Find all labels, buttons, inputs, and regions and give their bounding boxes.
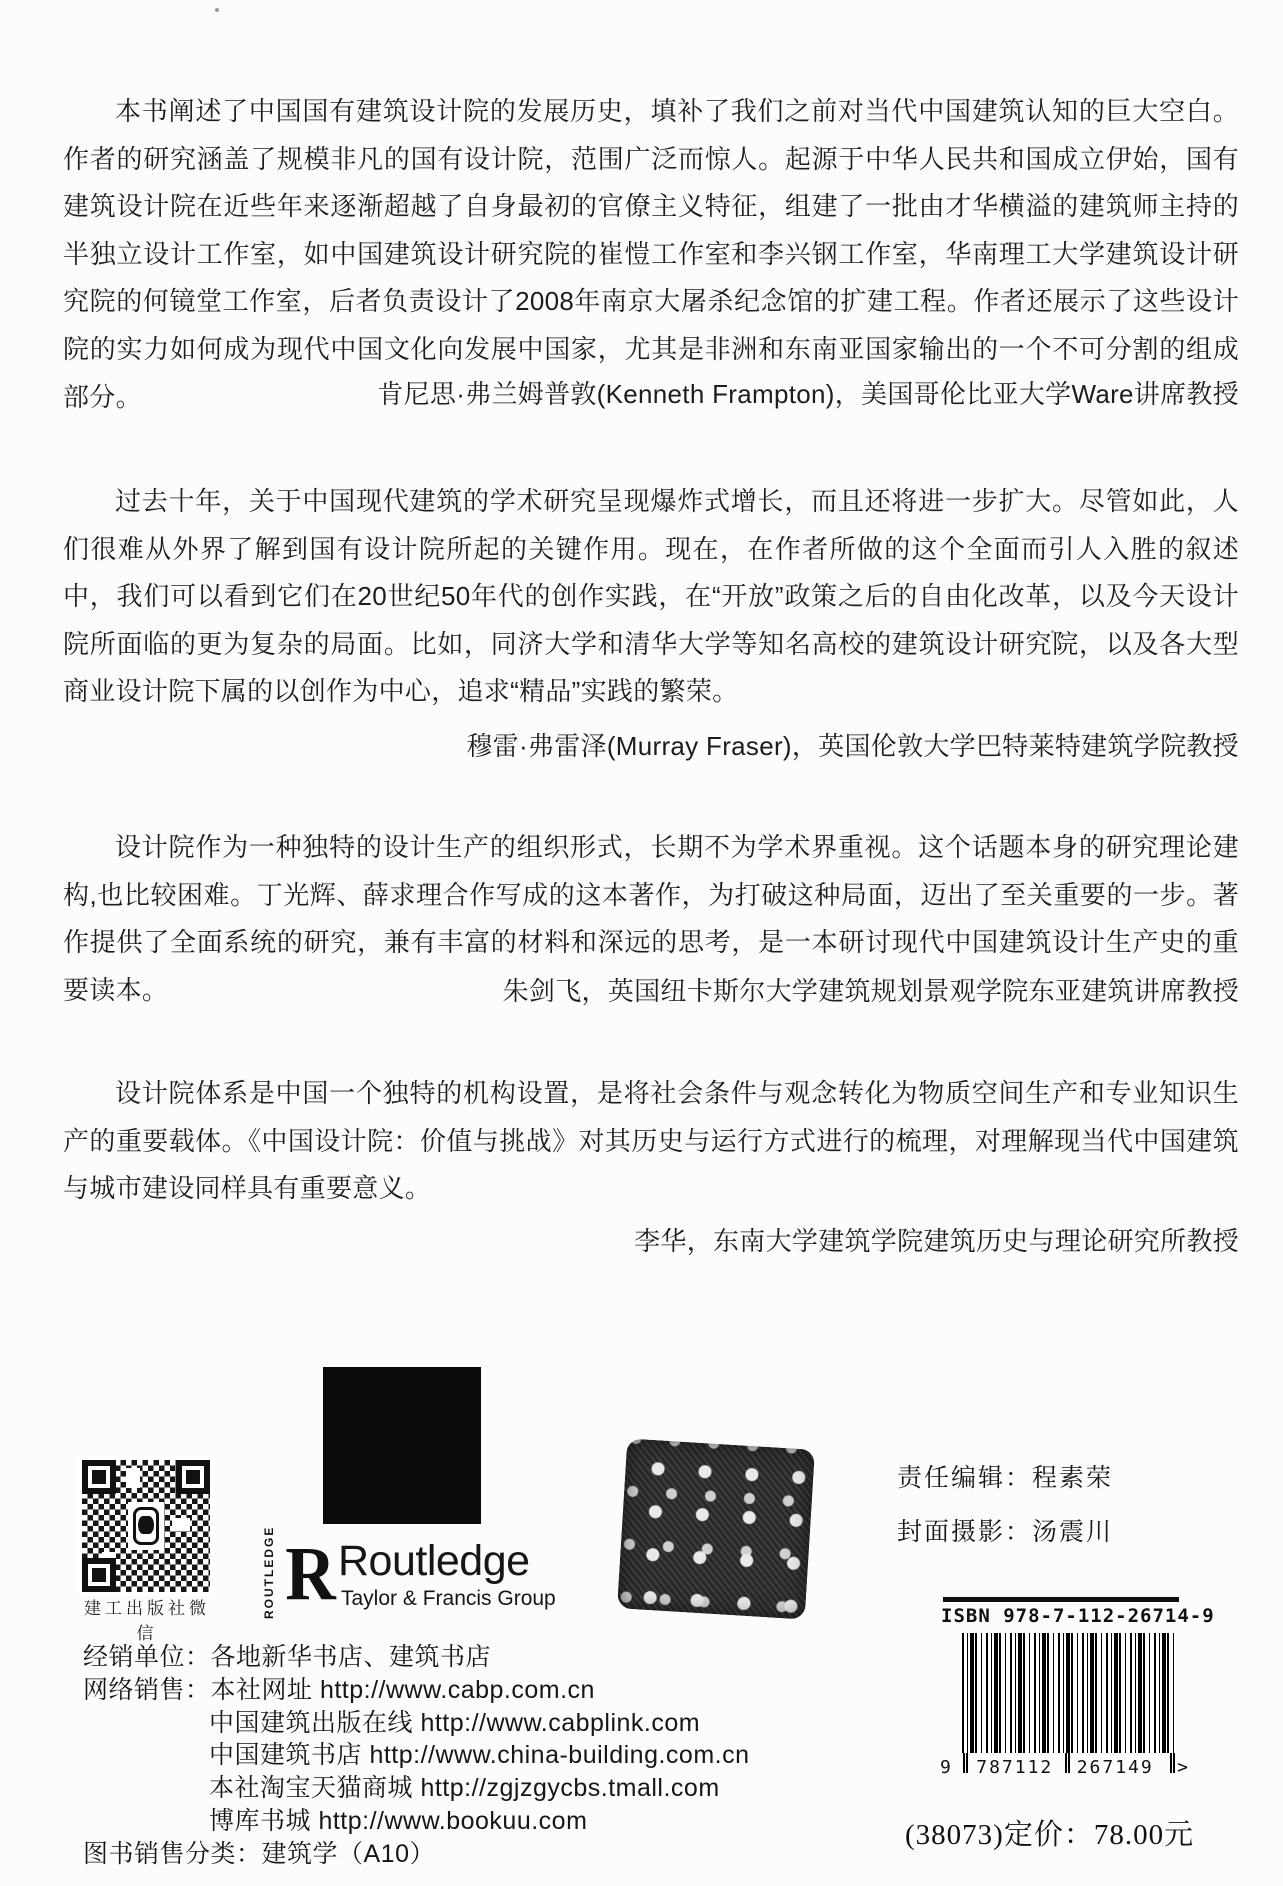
qr-finder-icon <box>176 1460 210 1494</box>
sales-line-online: 网络销售：本社网址 http://www.cabp.com.cn <box>83 1674 703 1707</box>
sales-info: 经销单位：各地新华书店、建筑书店 网络销售：本社网址 http://www.ca… <box>83 1641 703 1871</box>
sales-line-tmall: 本社淘宝天猫商城 http://zgjzgycbs.tmall.com <box>83 1772 703 1805</box>
routledge-name: Routledge <box>338 1538 530 1584</box>
credit-photographer: 封面摄影：汤震川 <box>897 1512 1217 1548</box>
blurb-attribution: 肯尼思·弗兰姆普敦(Kenneth Frampton)，美国哥伦比亚大学Ware… <box>63 374 1239 414</box>
qr-pattern <box>126 1468 140 1488</box>
routledge-tagline: Taylor & Francis Group <box>341 1587 556 1611</box>
routledge-r-icon: R <box>285 1536 335 1612</box>
isbn-rule <box>943 1597 1179 1602</box>
qr-finder-icon <box>82 1558 116 1592</box>
book-back-cover: 本书阐述了中国国有建筑设计院的发展历史，填补了我们之前对当代中国建筑认知的巨大空… <box>0 0 1283 1886</box>
price-text: (38073)定价：78.00元 <box>905 1812 1215 1853</box>
publisher-emblem-icon <box>133 1507 159 1545</box>
qr-finder-icon <box>82 1460 116 1494</box>
sales-line-cabplink: 中国建筑出版在线 http://www.cabplink.com <box>83 1707 703 1740</box>
ean-barcode <box>962 1633 1176 1753</box>
scan-speck <box>1051 630 1054 633</box>
blurb-paragraph: 设计院体系是中国一个独特的机构设置，是将社会条件与观念转化为物质空间生产和专业知… <box>63 1070 1239 1213</box>
publisher-logo-icon <box>128 1502 164 1550</box>
barcode-digit-group: 9 <box>940 1757 953 1778</box>
blurb-attribution: 穆雷·弗雷泽(Murray Fraser)，英国伦敦大学巴特莱特建筑学院教授 <box>63 726 1239 766</box>
blurb-paragraph: 过去十年，关于中国现代建筑的学术研究呈现爆炸式增长，而且还将进一步扩大。尽管如此… <box>63 478 1239 716</box>
barcode-digit-group: 787112 <box>976 1757 1053 1778</box>
blurb-attribution: 朱剑飞，英国纽卡斯尔大学建筑规划景观学院东亚建筑讲席教授 <box>63 971 1239 1011</box>
sales-line-category: 图书销售分类：建筑学（A10） <box>83 1838 703 1871</box>
cover-thumbnail <box>323 1367 481 1524</box>
wechat-qr-code <box>82 1460 210 1592</box>
sales-line-china-building: 中国建筑书店 http://www.china-building.com.cn <box>83 1739 703 1772</box>
scan-speck <box>241 344 244 347</box>
isbn-text: ISBN 978-7-112-26714-9 <box>941 1605 1181 1627</box>
sales-line-distributor: 经销单位：各地新华书店、建筑书店 <box>83 1641 703 1674</box>
routledge-vertical-text: ROUTLEDGE <box>262 1543 276 1619</box>
barcode-digit-group: 267149 <box>1077 1757 1154 1778</box>
blurb-attribution: 李华，东南大学建筑学院建筑历史与理论研究所教授 <box>63 1221 1239 1261</box>
scan-speck <box>215 8 219 12</box>
credit-editor: 责任编辑：程素荣 <box>897 1458 1217 1494</box>
sales-line-bookuu: 博库书城 http://www.bookuu.com <box>83 1805 703 1838</box>
barcode-digits: 9 787112 267149 > <box>940 1757 1190 1778</box>
stamp-photo <box>617 1438 815 1619</box>
qr-pattern <box>172 1518 190 1531</box>
qr-caption: 建工出版社微信 <box>74 1594 220 1644</box>
blurb-paragraph: 本书阐述了中国国有建筑设计院的发展历史，填补了我们之前对当代中国建筑认知的巨大空… <box>63 88 1239 421</box>
barcode-arrow: > <box>1177 1757 1190 1778</box>
